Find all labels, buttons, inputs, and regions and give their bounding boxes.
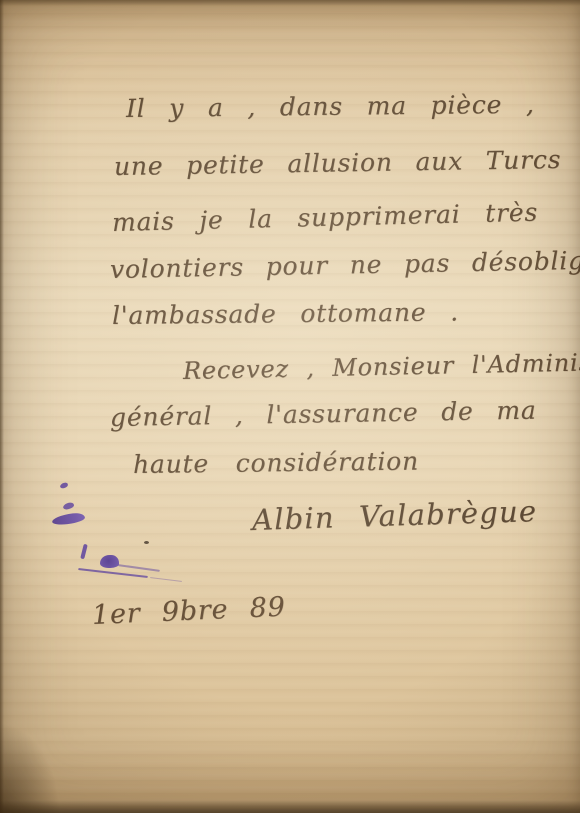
date-line: 1er 9bre 89 — [91, 592, 286, 631]
ink-stain-dot — [62, 501, 74, 511]
photo-corner-shadow — [0, 723, 60, 813]
ink-stain-scratch — [118, 564, 160, 571]
handwritten-line-2: une petite allusion aux Turcs , — [114, 144, 580, 181]
ink-stain-scratch — [78, 568, 148, 578]
ink-stain-scratch — [150, 577, 182, 582]
handwritten-line-5: l'ambassade ottomane . — [112, 297, 459, 330]
ink-stain-dot — [59, 482, 68, 489]
handwritten-line-1: Il y a , dans ma pièce , — [126, 90, 535, 123]
closing-line-3: haute considération — [133, 447, 419, 479]
photo-edge-shadow-left — [0, 0, 4, 813]
closing-line-1: Recevez , Monsieur l'Administrateur — [183, 347, 580, 385]
closing-line-2: général , l'assurance de ma — [110, 396, 537, 432]
handwritten-line-4: volontiers pour ne pas désobliger — [110, 245, 580, 284]
ink-speck — [144, 541, 149, 544]
ink-stain-smear — [52, 512, 86, 526]
ink-stain-stroke — [80, 544, 87, 559]
letter-photograph: Il y a , dans ma pièce , une petite allu… — [0, 0, 580, 813]
handwritten-line-3: mais je la supprimerai très — [112, 198, 539, 237]
signature: Albin Valabrègue — [251, 494, 537, 537]
ink-stain-blob — [100, 555, 119, 568]
